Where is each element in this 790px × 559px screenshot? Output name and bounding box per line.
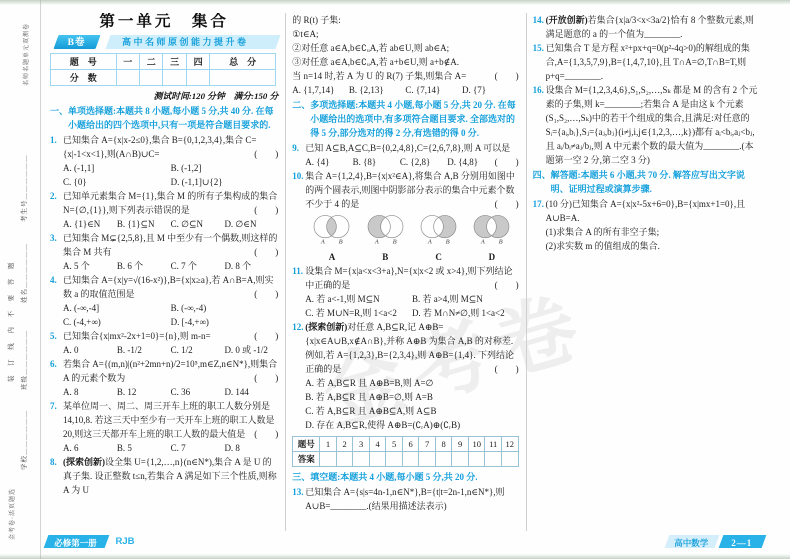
- option: A. 0: [63, 343, 117, 357]
- question: 8.(探索创新)设全集 U={1,2,…,n}(n∈N*),集合 A 是 U 的…: [50, 455, 278, 497]
- spine-brand-bottom: 金考卷·活页题选: [7, 488, 16, 540]
- question: 6.若集合 A={(m,n)|(n²+2mn+n)/2=10⁵,m∈Z,n∈N*…: [50, 357, 278, 399]
- answer-grid-number: 10: [468, 437, 485, 452]
- book-badge: 必修第一册: [44, 535, 109, 548]
- score-table-cell: 一: [116, 54, 139, 70]
- section-heading: 二、多项选择题:本题共 4 小题,每小题 5 分,共 20 分. 在每小题给出的…: [292, 98, 518, 140]
- options: A. 6B. 5C. 7D. 8: [63, 441, 278, 455]
- options: A. {1,7,14}B. {2,13}C. {7,14}D. {7}: [292, 83, 518, 97]
- question-line: ③对任意 a∈A,b∈∁ᵤA,若 a+b∈U,则 a+b∉A.: [292, 55, 518, 69]
- score-table-cell: [186, 70, 209, 86]
- option: D. 若 M∩N≠∅,则 1<a<2: [412, 306, 519, 320]
- score-table-row: 分 数: [51, 70, 276, 86]
- spine-binding-note: 装 订 线 内 不 要 答 题: [6, 259, 15, 382]
- question: 12.(探索创新)对任意 A,B⊆R,记 A⊕B={x|x∈A∪B,x∉A∩B}…: [292, 320, 518, 432]
- score-table-cell: 分 数: [51, 70, 117, 86]
- venn-circle-label: B: [393, 239, 397, 246]
- venn-option-letter: D: [468, 250, 516, 264]
- answer-grid-number: 3: [353, 437, 370, 452]
- page-edge-bottom: [0, 554, 790, 559]
- option: D. 8 个: [224, 259, 278, 273]
- question-line: 的 R(t) 子集:: [292, 13, 518, 27]
- answer-grid-answer-cell: [386, 452, 403, 467]
- option: A. (-1,1]: [63, 161, 171, 175]
- option: D. 144: [224, 385, 278, 399]
- option: B. {1}⊆N: [117, 217, 171, 231]
- question: 11.设集合 M={x|a<x<3+a},N={x|x<2 或 x>4},则下列…: [292, 264, 518, 320]
- answer-grid-label: 题号: [293, 437, 320, 452]
- question: 14.(开放创新)若集合{x|a/3<x<3a/2}恰有 8 个整数元素,则满足…: [533, 13, 761, 41]
- question-line: (1)求集合 A 的所有非空子集;: [546, 225, 761, 239]
- venn-option: AB: [468, 213, 516, 250]
- venn-circle-label: A: [374, 239, 379, 246]
- question-number: 9.: [292, 141, 299, 155]
- question-number: 5.: [50, 329, 57, 343]
- answer-grid: 题号123456789101112答案: [292, 436, 518, 467]
- question-stem: 已知集合 T 是方程 x²+px+q=0(p²-4q>0)的解组成的集合,A={…: [546, 41, 761, 83]
- options: A. 5 个B. 6 个C. 7 个D. 8 个: [63, 259, 278, 273]
- answer-grid-number: 2: [336, 437, 353, 452]
- question-stem: (10 分)已知集合 A={x|x²-5x+6=0},B={x|mx+1=0},…: [546, 197, 761, 225]
- subject-badge: 高中数学: [665, 535, 720, 548]
- score-table-cell: 题 号: [51, 54, 117, 70]
- answer-paren: ( ): [254, 147, 278, 161]
- option: D. 0 或 -1/2: [224, 343, 278, 357]
- page-edge-top: [0, 0, 790, 5]
- option: B. 若 A,B⊆R 且 A⊕B=∅,则 A=B: [305, 390, 518, 404]
- section-heading: 三、填空题:本题共 4 小题,每小题 5 分,共 20 分.: [292, 470, 518, 484]
- question: 10.集合 A={1,2,4},B={x|x²∈A},将集合 A,B 分别用如图…: [292, 169, 518, 264]
- question: 2.已知单元素集合 M={1},集合 M 的所有子集构成的集合 N={∅,{1}…: [50, 189, 278, 231]
- question-number: 10.: [292, 169, 303, 183]
- answer-grid-number: 1: [320, 437, 337, 452]
- paper-name: 高中名师原创能力提升卷: [105, 35, 281, 49]
- options: A. (-∞,-4]B. (-∞,-4)C. (-4,+∞)D. [-4,+∞): [63, 301, 278, 329]
- score-table-cell: [116, 70, 139, 86]
- answer-grid-answer-cell: [369, 452, 386, 467]
- question: 的 R(t) 子集:①t∈A;②对任意 a∈A,b∈∁ᵤA,若 ab∈U,则 a…: [292, 13, 518, 97]
- venn-circle-label: A: [427, 239, 432, 246]
- venn-option: AB: [415, 213, 463, 250]
- footer-right: 高中数学 2—1: [667, 535, 764, 548]
- answer-grid-number: 11: [485, 437, 502, 452]
- option: B. -1/2: [117, 343, 171, 357]
- answer-grid-answer-cell: [419, 452, 436, 467]
- answer-grid-answer-cell: [468, 452, 485, 467]
- spine-field-exam-no: 考生号＿＿＿＿＿＿: [19, 155, 28, 223]
- answer-grid-answer-cell: [501, 452, 518, 467]
- option: B. {8}: [353, 155, 400, 169]
- venn-diagram-right: AB: [415, 213, 462, 246]
- venn-option: AB: [308, 213, 356, 250]
- option: A. (-∞,-4]: [63, 301, 171, 315]
- answer-grid-number: 4: [369, 437, 386, 452]
- page-content: 第一单元 集合B卷高中名师原创能力提升卷题 号一二三四总 分分 数测试时间:12…: [44, 13, 768, 531]
- question-number: 12.: [292, 320, 303, 334]
- option: B. 若 a>4,则 M⊆N: [412, 292, 519, 306]
- section-heading: 四、解答题:本题共 6 小题,共 70 分. 解答应写出文字说明、证明过程或演算…: [533, 168, 761, 196]
- question-tag: (探索创新): [63, 457, 105, 467]
- question-stem: 已知集合{x|mx²-2x+1=0}={n},则 m-n=( ): [63, 329, 278, 343]
- column-2: 的 R(t) 子集:①t∈A;②对任意 a∈A,b∈∁ᵤA,若 ab∈U,则 a…: [285, 13, 526, 531]
- question: 3.已知集合 M⊊{2,5,8},且 M 中至少有一个偶数,则这样的集合 M 共…: [50, 231, 278, 273]
- question-stem: 设集合 M={x|a<x<3+a},N={x|x<2 或 x>4},则下列结论中…: [305, 264, 518, 292]
- answer-paren: ( ): [495, 278, 519, 292]
- answer-paren: ( ): [495, 362, 519, 376]
- answer-grid-answer-cell: [336, 452, 353, 467]
- spine-field-class: 班级＿＿＿＿＿＿: [19, 330, 28, 390]
- answer-paren: ( ): [254, 371, 278, 385]
- question-number: 15.: [533, 41, 544, 55]
- page-number-label: 2—1: [731, 537, 752, 550]
- option: A. {1}∈N: [63, 217, 117, 231]
- option: B. 6 个: [117, 259, 171, 273]
- score-table-cell: [163, 70, 186, 86]
- answer-paren: ( ): [495, 69, 519, 83]
- options: A. {4}B. {8}C. {2,8}D. {4,8}: [305, 155, 494, 169]
- question: 1.已知集合 A={x|x-2≤0},集合 B={0,1,2,3,4},集合 C…: [50, 133, 278, 189]
- answer-grid-answer-cell: [320, 452, 337, 467]
- answer-paren: ( ): [254, 427, 278, 441]
- option: A. {4}: [305, 155, 352, 169]
- paper-grade-badge: B卷: [53, 35, 100, 49]
- options: A. 0B. -1/2C. 1/2D. 0 或 -1/2: [63, 343, 278, 357]
- question-stem: (探索创新)设全集 U={1,2,…,n}(n∈N*),集合 A 是 U 的真子…: [63, 455, 278, 497]
- option: D. 8: [224, 441, 278, 455]
- question: 13.已知集合 A={s|s=4n-1,n∈N*},B={t|t=2n-1,n∈…: [292, 485, 518, 513]
- options: A. 8B. 12C. 36D. 144: [63, 385, 278, 399]
- column-1: 第一单元 集合B卷高中名师原创能力提升卷题 号一二三四总 分分 数测试时间:12…: [44, 13, 285, 531]
- question-number: 11.: [292, 264, 303, 278]
- option: B. 5: [117, 441, 171, 455]
- answer-grid-answer-row: 答案: [293, 452, 518, 467]
- options: A. 若 A,B⊆R 且 A⊕B=B,则 A=∅B. 若 A,B⊆R 且 A⊕B…: [305, 376, 518, 432]
- venn-letter-row: ABCD: [305, 250, 518, 264]
- venn-diagram-left: AB: [362, 213, 409, 246]
- question-stem: 某单位周一、周二、周三开车上班的职工人数分别是 14,10,8. 若这三天中至少…: [63, 399, 278, 441]
- question-stem: 已知集合 A={x|x-2≤0},集合 B={0,1,2,3,4},集合 C={…: [63, 133, 278, 161]
- binding-spine: 名师名题单元双测卷 考生号＿＿＿＿＿＿ 姓名＿＿＿＿＿＿ 班级＿＿＿＿＿＿ 学校…: [0, 0, 41, 559]
- option: B. {2,13}: [349, 83, 406, 97]
- question-stem: (开放创新)若集合{x|a/3<x<3a/2}恰有 8 个整数元素,则满足题意的…: [546, 13, 761, 41]
- option: C. 7: [171, 441, 225, 455]
- question-tag: (探索创新): [305, 322, 347, 332]
- option: C. {7,14}: [405, 83, 462, 97]
- option: D. ∅∈N: [224, 217, 278, 231]
- question-number: 3.: [50, 231, 57, 245]
- option: B. (-∞,-4): [171, 301, 279, 315]
- score-table: 题 号一二三四总 分分 数: [50, 53, 276, 86]
- option: D. [-4,+∞): [171, 315, 279, 329]
- venn-diagram-lens: AB: [308, 213, 355, 246]
- question-stem: 已知集合 M⊊{2,5,8},且 M 中至少有一个偶数,则这样的集合 M 共有(…: [63, 231, 278, 259]
- option: A. 5 个: [63, 259, 117, 273]
- options: A. (-1,1]B. (-1,2]C. {0}D. (-1,1]∪{2}: [63, 161, 278, 189]
- venn-option-letter: B: [361, 250, 409, 264]
- option: A. 若 A,B⊆R 且 A⊕B=B,则 A=∅: [305, 376, 518, 390]
- answer-grid-answer-cell: [485, 452, 502, 467]
- option: C. 36: [171, 385, 225, 399]
- section-heading: 一、单项选择题:本题共 8 小题,每小题 5 分,共 40 分. 在每小题给出的…: [50, 104, 278, 132]
- answer-grid-number: 9: [452, 437, 469, 452]
- options: A. 若 a<-1,则 M⊆NB. 若 a>4,则 M⊆NC. 若 M∪N=R,…: [305, 292, 518, 320]
- question-number: 13.: [292, 485, 303, 499]
- question-number: 17.: [533, 197, 544, 211]
- answer-paren: ( ): [495, 155, 519, 169]
- option: C. 1/2: [171, 343, 225, 357]
- question: 16.设集合 M={1,2,3,4,6},S₁,S₂,…,Sₖ 都是 M 的含有…: [533, 83, 761, 167]
- subject-label: 高中数学: [674, 537, 708, 550]
- question-line: ①t∈A;: [292, 27, 518, 41]
- venn-option-letter: A: [308, 250, 356, 264]
- venn-option-letter: C: [415, 250, 463, 264]
- score-table-cell: 总 分: [210, 54, 276, 70]
- question-number: 6.: [50, 357, 57, 371]
- answer-grid-answer-label: 答案: [293, 452, 320, 467]
- answer-grid-header-row: 题号123456789101112: [293, 437, 518, 452]
- column-3: 14.(开放创新)若集合{x|a/3<x<3a/2}恰有 8 个整数元素,则满足…: [527, 13, 768, 531]
- answer-paren: ( ): [254, 287, 278, 301]
- option: C. {0}: [63, 175, 171, 189]
- option: A. 6: [63, 441, 117, 455]
- question-number: 8.: [50, 455, 57, 469]
- option: C. 7 个: [171, 259, 225, 273]
- option: C. ∅⊆N: [171, 217, 225, 231]
- question-number: 1.: [50, 133, 57, 147]
- question-number: 7.: [50, 399, 57, 413]
- question-number: 2.: [50, 189, 57, 203]
- answer-grid-number: 12: [501, 437, 518, 452]
- answer-grid-number: 8: [435, 437, 452, 452]
- score-table-cell: [210, 70, 276, 86]
- venn-row: ABABABAB: [305, 213, 518, 250]
- option: D. (-1,1]∪{2}: [171, 175, 279, 189]
- score-table-cell: 三: [163, 54, 186, 70]
- question-stem: 已知单元素集合 M={1},集合 M 的所有子集构成的集合 N={∅,{1}},…: [63, 189, 278, 217]
- answer-grid-answer-cell: [452, 452, 469, 467]
- footer-left: 必修第一册 RJB: [46, 535, 135, 548]
- venn-circle-label: A: [320, 239, 325, 246]
- question: 9.已知 A⊆B,A⊆C,B={0,2,4,8},C={2,6,7,8},则 A…: [292, 141, 518, 169]
- question-line: (2)求实数 m 的值组成的集合.: [546, 239, 761, 253]
- score-table-cell: 四: [186, 54, 209, 70]
- venn-diagram-both: AB: [468, 213, 515, 246]
- question-number: 4.: [50, 273, 57, 287]
- option: B. (-1,2]: [171, 161, 279, 175]
- paper-name-label: 高中名师原创能力提升卷: [122, 35, 249, 49]
- question-stem: 已知集合 A={s|s=4n-1,n∈N*},B={t|t=2n-1,n∈N*}…: [305, 485, 518, 513]
- question: 5.已知集合{x|mx²-2x+1=0}={n},则 m-n=( )A. 0B.…: [50, 329, 278, 357]
- option: D. {4,8}: [447, 155, 494, 169]
- answer-paren: ( ): [254, 245, 278, 259]
- question-stem: 已知集合 A={x|y=√(16-x²)},B={x|x≥a},若 A∩B=A,…: [63, 273, 278, 301]
- question-stem: 集合 A={1,2,4},B={x|x²∈A},将集合 A,B 分别用如图中的两…: [305, 169, 518, 211]
- book-badge-label: 必修第一册: [54, 537, 97, 550]
- venn-option: AB: [361, 213, 409, 250]
- question: 7.某单位周一、周二、周三开车上班的职工人数分别是 14,10,8. 若这三天中…: [50, 399, 278, 455]
- question: 17.(10 分)已知集合 A={x|x²-5x+6=0},B={x|mx+1=…: [533, 197, 761, 253]
- answer-grid-number: 6: [402, 437, 419, 452]
- option: D. {7}: [462, 83, 519, 97]
- spine-field-school: 学校＿＿＿＿＿＿: [19, 410, 28, 470]
- score-table-cell: [140, 70, 163, 86]
- answer-grid-number: 7: [419, 437, 436, 452]
- question-number: 14.: [533, 13, 544, 27]
- answer-paren: ( ): [254, 329, 278, 343]
- question: 15.已知集合 T 是方程 x²+px+q=0(p²-4q>0)的解组成的集合,…: [533, 41, 761, 83]
- venn-circle-label: B: [499, 239, 503, 246]
- answer-grid-answer-cell: [435, 452, 452, 467]
- option: A. 若 a<-1,则 M⊆N: [305, 292, 412, 306]
- options: A. {1}∈NB. {1}⊆NC. ∅⊆ND. ∅∈N: [63, 217, 278, 231]
- question-line: ②对任意 a∈A,b∈∁ᵤA,若 ab∈U,则 ab∈A;: [292, 41, 518, 55]
- score-table-row: 题 号一二三四总 分: [51, 54, 276, 70]
- paper-grade-label: B卷: [68, 36, 86, 50]
- venn-circle-label: B: [339, 239, 343, 246]
- answer-grid-number: 5: [386, 437, 403, 452]
- question-line: 当 n=14 时,若 A 为 U 的 R(7) 子集,则集合 A=( ): [292, 69, 518, 83]
- option: A. {1,7,14}: [292, 83, 349, 97]
- option: A. 8: [63, 385, 117, 399]
- option: C. 若 M∪N=R,则 1<a<2: [305, 306, 412, 320]
- spine-field-name: 姓名＿＿＿＿＿＿: [19, 243, 28, 303]
- question-stem: 设集合 M={1,2,3,4,6},S₁,S₂,…,Sₖ 都是 M 的含有 2 …: [546, 83, 761, 167]
- exam-info: 测试时间:120 分钟 满分:150 分: [50, 89, 278, 103]
- answer-grid-answer-cell: [402, 452, 419, 467]
- paper-type-banner: B卷高中名师原创能力提升卷: [50, 34, 278, 50]
- question: 4.已知集合 A={x|y=√(16-x²)},B={x|x≥a},若 A∩B=…: [50, 273, 278, 329]
- question-stem: (探索创新)对任意 A,B⊆R,记 A⊕B={x|x∈A∪B,x∉A∩B},并称…: [305, 320, 518, 376]
- option: C. (-4,+∞): [63, 315, 171, 329]
- question-stem: 若集合 A={(m,n)|(n²+2mn+n)/2=10⁵,m∈Z,n∈N*},…: [63, 357, 278, 385]
- question-number: 16.: [533, 83, 544, 97]
- edition-code: RJB: [116, 536, 135, 547]
- unit-title: 第一单元 集合: [50, 15, 278, 29]
- answer-paren: ( ): [254, 203, 278, 217]
- option: C. {2,8}: [400, 155, 447, 169]
- score-table-cell: 二: [140, 54, 163, 70]
- option: D. 存在 A,B⊆R,使得 A⊕B=(∁ᵣA)⊕(∁ᵣB): [305, 418, 518, 432]
- question-tag: (开放创新): [546, 15, 588, 25]
- spine-brand-top: 名师名题单元双测卷: [21, 23, 30, 86]
- answer-grid-answer-cell: [353, 452, 370, 467]
- option: C. 若 A,B⊆R 且 A⊕B⊆A,则 A⊆B: [305, 404, 518, 418]
- venn-circle-label: A: [480, 239, 485, 246]
- question-stem: 已知 A⊆B,A⊆C,B={0,2,4,8},C={2,6,7,8},则 A 可…: [305, 141, 518, 155]
- page-number-badge: 2—1: [719, 535, 767, 548]
- answer-paren: ( ): [495, 197, 519, 211]
- option: B. 12: [117, 385, 171, 399]
- venn-circle-label: B: [446, 239, 450, 246]
